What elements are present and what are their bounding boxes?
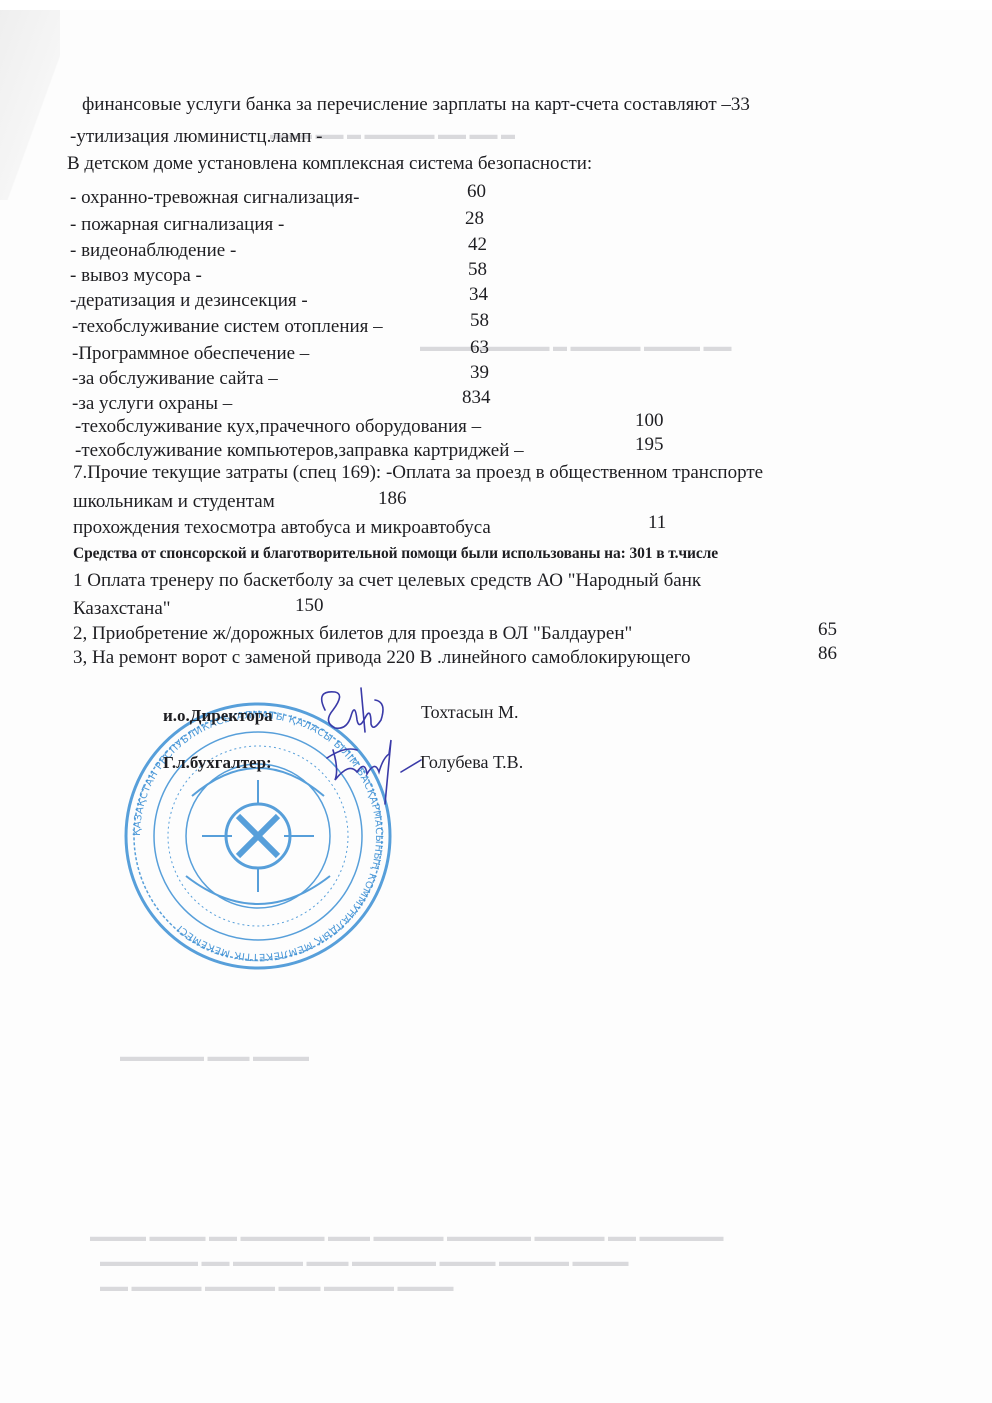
sponsorship-item1-line1: 1 Оплата тренеру по баскетболу за счет ц… [73, 570, 701, 592]
security-item-value: 100 [635, 410, 664, 432]
security-item-label: - охранно-тревожная сигнализация- [70, 187, 359, 209]
security-intro: В детском доме установлена комплексная с… [67, 153, 592, 175]
security-item-value: 34 [469, 284, 488, 306]
other-costs-line2-label: школьникам и студентам [73, 491, 275, 513]
sponsorship-item1-value: 150 [295, 595, 324, 617]
other-costs-line1: 7.Прочие текущие затраты (спец 169): -Оп… [73, 462, 763, 484]
security-item-value: 42 [468, 234, 487, 256]
security-item-value: 28 [465, 208, 484, 230]
security-item-label: - вывоз мусора - [70, 265, 202, 287]
sponsorship-item3-value: 86 [818, 643, 837, 665]
security-item-label: -Программное обеспечение – [72, 343, 309, 365]
security-item-value: 39 [470, 362, 489, 384]
security-item-value: 58 [470, 310, 489, 332]
accountant-title: Г.л.бухгалтер: [163, 753, 272, 773]
bleed-through-text: ▬▬▬▬ ▬▬▬▬ ▬▬ ▬▬▬▬▬▬ ▬▬▬ ▬▬▬▬▬ ▬▬▬▬▬▬ ▬▬▬… [90, 1230, 724, 1246]
sponsorship-item1-line2: Казахстана" [73, 598, 171, 620]
sponsorship-heading: Средства от спонсорской и благотворитель… [73, 543, 718, 565]
sponsorship-item2-label: 2, Приобретение ж/дорожных билетов для п… [73, 623, 632, 645]
security-item-label: -техобслуживание кух,прачечного оборудов… [75, 416, 481, 438]
accountant-name: Голубева Т.В. [420, 752, 523, 773]
lamp-disposal-line: -утилизация люминистц.ламп - [70, 126, 323, 148]
sponsorship-item3-label: 3, На ремонт ворот с заменой привода 220… [73, 647, 690, 669]
security-item-label: -дератизация и дезинсекция - [70, 290, 308, 312]
other-costs-line3-label: прохождения техосмотра автобуса и микроа… [73, 517, 491, 539]
security-item-value: 58 [468, 259, 487, 281]
page-top-edge [0, 0, 992, 10]
director-title: и.о.Директора [163, 706, 273, 726]
security-item-label: -за обслуживание сайта – [72, 368, 278, 390]
security-item-value: 63 [470, 337, 489, 359]
other-costs-line2-value: 186 [378, 488, 407, 510]
bleed-through-text: ▬▬ ▬▬▬▬▬ ▬▬▬▬▬ ▬▬▬ ▬▬▬▬▬ ▬▬▬▬ [100, 1280, 454, 1296]
sponsorship-item2-value: 65 [818, 619, 837, 641]
bleed-through-text: ▬▬▬▬▬▬▬ ▬▬ ▬▬▬▬▬ ▬▬▬ ▬▬▬▬▬▬ ▬▬▬▬ ▬▬▬▬▬ ▬… [100, 1255, 629, 1271]
other-costs-line3-value: 11 [648, 512, 666, 534]
security-item-label: -техобслуживание систем отопления – [72, 316, 383, 338]
security-item-value: 60 [467, 181, 486, 203]
security-item-value: 834 [462, 387, 491, 409]
bleed-through-text: ▬▬▬▬▬▬ ▬▬▬ ▬▬▬▬ [120, 1050, 309, 1066]
scanned-page: ▬▬▬ ▬▬ ▬ ▬▬▬▬▬ ▬▬ ▬▬ ▬ ▬▬▬▬ ▬▬▬▬▬ ▬ ▬▬▬▬… [0, 0, 992, 1403]
director-name: Тохтасын М. [421, 702, 519, 723]
bank-fees-line: финансовые услуги банка за перечисление … [82, 94, 750, 116]
security-item-label: - видеонаблюдение - [70, 240, 236, 262]
security-item-label: - пожарная сигнализация - [70, 214, 284, 236]
bleed-through-text: ▬▬▬▬ ▬▬▬▬▬ ▬ ▬▬▬▬▬ ▬▬▬▬ ▬▬ [420, 340, 732, 356]
security-item-label: -техобслуживание компьютеров,заправка ка… [75, 440, 524, 462]
page-fold-shadow [0, 0, 60, 200]
security-item-value: 195 [635, 434, 664, 456]
security-item-label: -за услуги охраны – [72, 393, 232, 415]
handwritten-signature [305, 680, 425, 840]
